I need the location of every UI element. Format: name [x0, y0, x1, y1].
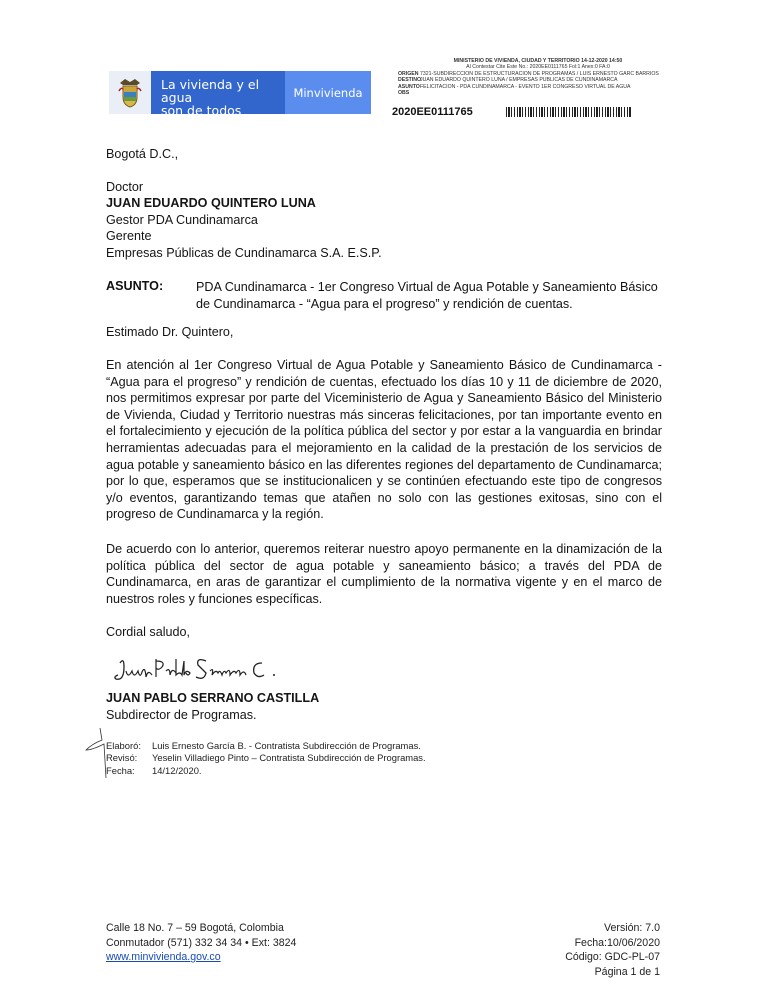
recipient-role-2: Gerente: [106, 228, 152, 245]
footer-contact: Calle 18 No. 7 – 59 Bogotá, Colombia Con…: [106, 921, 296, 965]
initials-fecha: Fecha:14/12/2020.: [106, 765, 426, 777]
recipient-org: Empresas Públicas de Cundinamarca S.A. E…: [106, 245, 382, 262]
radicado-number: 2020EE0111765: [392, 106, 473, 118]
stamp-row-obs: OBS: [398, 90, 678, 96]
closing: Cordial saludo,: [106, 624, 190, 641]
signature-icon: [112, 653, 302, 692]
slogan-line-1: La vivienda y el agua: [161, 78, 285, 104]
footer-code: Código: GDC-PL-07: [565, 950, 660, 965]
initials-block: Elaboró:Luis Ernesto García B. - Contrat…: [106, 740, 426, 777]
greeting: Estimado Dr. Quintero,: [106, 324, 233, 341]
initials-elaboro: Elaboró:Luis Ernesto García B. - Contrat…: [106, 740, 426, 752]
brand-name: Minvivienda: [285, 71, 371, 114]
slogan-block: La vivienda y el agua son de todos: [151, 71, 285, 114]
recipient-name: JUAN EDUARDO QUINTERO LUNA: [106, 195, 316, 212]
signer-role: Subdirector de Programas.: [106, 707, 257, 724]
footer-date: Fecha:10/06/2020: [565, 936, 660, 951]
place-line: Bogotá D.C.,: [106, 146, 178, 163]
filing-stamp: MINISTERIO DE VIVIENDA, CIUDAD Y TERRITO…: [398, 58, 678, 96]
slogan-line-2: son de todos: [161, 104, 285, 117]
subject-text: PDA Cundinamarca - 1er Congreso Virtual …: [196, 279, 666, 312]
footer-doc-info: Versión: 7.0 Fecha:10/06/2020 Código: GD…: [565, 921, 660, 979]
body-paragraph-1: En atención al 1er Congreso Virtual de A…: [106, 357, 662, 523]
recipient-title: Doctor: [106, 179, 143, 196]
initials-reviso: Revisó:Yeselin Villadiego Pinto – Contra…: [106, 752, 426, 764]
footer-version: Versión: 7.0: [565, 921, 660, 936]
barcode-icon: [506, 107, 632, 117]
minvivienda-logo: La vivienda y el agua son de todos Minvi…: [109, 71, 371, 114]
recipient-role-1: Gestor PDA Cundinamarca: [106, 212, 258, 229]
footer-address: Calle 18 No. 7 – 59 Bogotá, Colombia: [106, 921, 296, 936]
footer-page: Página 1 de 1: [565, 965, 660, 980]
footer-phone: Conmutador (571) 332 34 34 • Ext: 3824: [106, 936, 296, 951]
footer-website-link[interactable]: www.minvivienda.gov.co: [106, 951, 221, 963]
body-paragraph-2: De acuerdo con lo anterior, queremos rei…: [106, 541, 662, 607]
coat-of-arms-icon: [109, 71, 151, 114]
subject-label: ASUNTO:: [106, 279, 163, 293]
signer-name: JUAN PABLO SERRANO CASTILLA: [106, 690, 319, 707]
